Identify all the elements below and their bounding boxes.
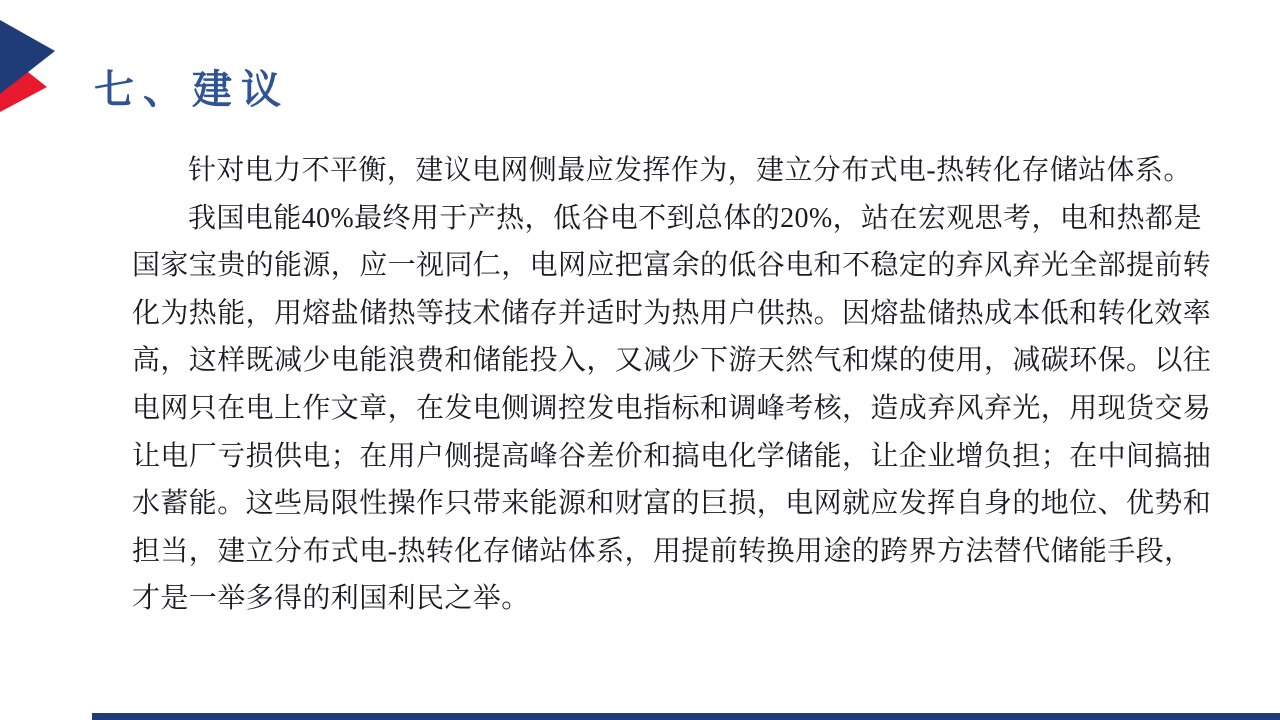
body-line: 才是一举多得的利国利民之举。 [132,575,1172,623]
slide-title: 七、建议 [94,58,290,115]
body-line: 针对电力不平衡，建议电网侧最应发挥作为，建立分布式电-热转化存储站体系。 [132,147,1172,195]
body-line: 水蓄能。这些局限性操作只带来能源和财富的巨损，电网就应发挥自身的地位、优势和 [132,480,1172,528]
slide-body-text: 针对电力不平衡，建议电网侧最应发挥作为，建立分布式电-热转化存储站体系。我国电能… [132,147,1172,623]
body-line: 让电厂亏损供电；在用户侧提高峰谷差价和搞电化学储能，让企业增负担；在中间搞抽 [132,433,1172,481]
body-line: 化为热能，用熔盐储热等技术储存并适时为热用户供热。因熔盐储热成本低和转化效率 [132,290,1172,338]
body-line: 电网只在电上作文章，在发电侧调控发电指标和调峰考核，造成弃风弃光，用现货交易 [132,385,1172,433]
body-line: 担当，建立分布式电-热转化存储站体系，用提前转换用途的跨界方法替代储能手段， [132,528,1172,576]
footer-bar [92,713,1280,720]
body-line: 高，这样既减少电能浪费和储能投入，又减少下游天然气和煤的使用，减碳环保。以往 [132,337,1172,385]
body-line: 国家宝贵的能源，应一视同仁，电网应把富余的低谷电和不稳定的弃风弃光全部提前转 [132,242,1172,290]
body-line: 我国电能40%最终用于产热，低谷电不到总体的20%，站在宏观思考，电和热都是 [132,195,1172,243]
presentation-slide: 七、建议 针对电力不平衡，建议电网侧最应发挥作为，建立分布式电-热转化存储站体系… [0,0,1280,720]
